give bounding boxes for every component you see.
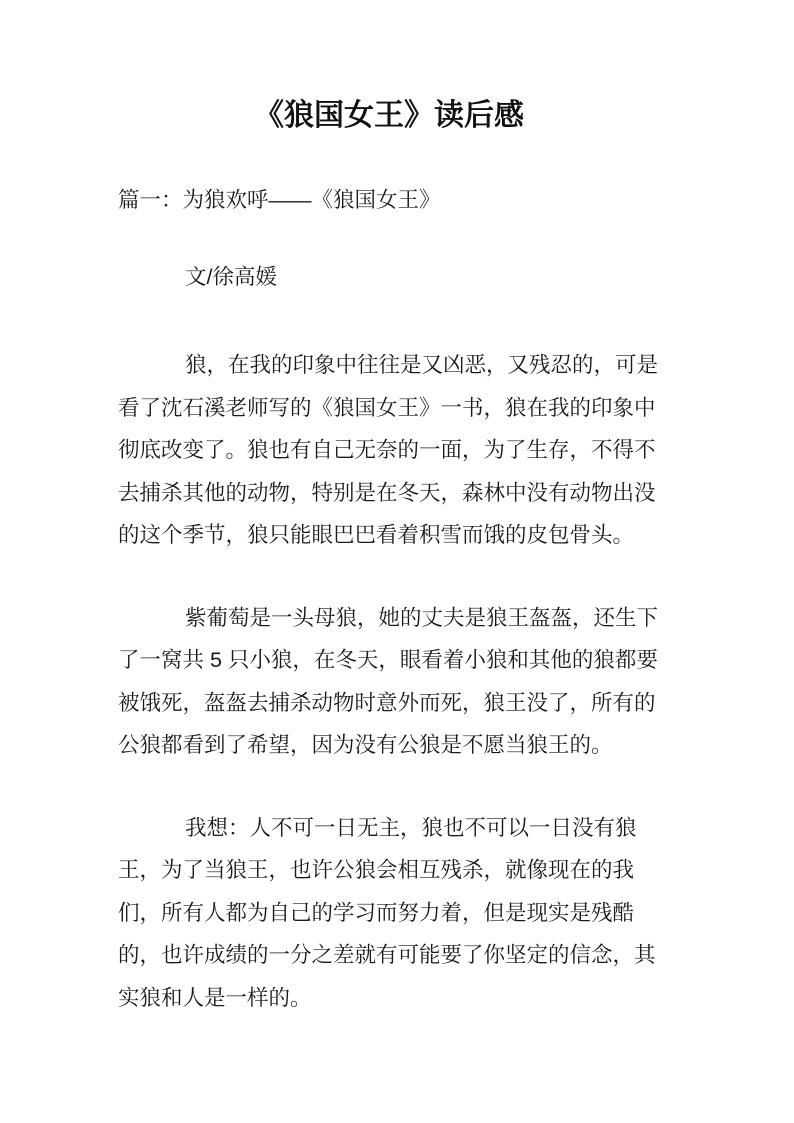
document-title: 《狼国女王》读后感 <box>118 94 660 138</box>
document-page: 《狼国女王》读后感 篇一：为狼欢呼——《狼国女王》 文/徐高媛 狼，在我的印象中… <box>0 0 794 1123</box>
paragraph: 狼，在我的印象中往往是又凶恶，又残忍的，可是看了沈石溪老师写的《狼国女王》一书，… <box>118 344 660 557</box>
paragraph: 我想：人不可一日无主，狼也不可以一日没有狼王，为了当狼王，也许公狼会相互残杀，就… <box>118 807 660 1020</box>
byline: 文/徐高媛 <box>118 256 660 299</box>
paragraph: 紫葡萄是一头母狼，她的丈夫是狼王盔盔，还生下了一窝共 5 只小狼，在冬天，眼看着… <box>118 597 660 767</box>
section-heading: 篇一：为狼欢呼——《狼国女王》 <box>118 179 660 222</box>
